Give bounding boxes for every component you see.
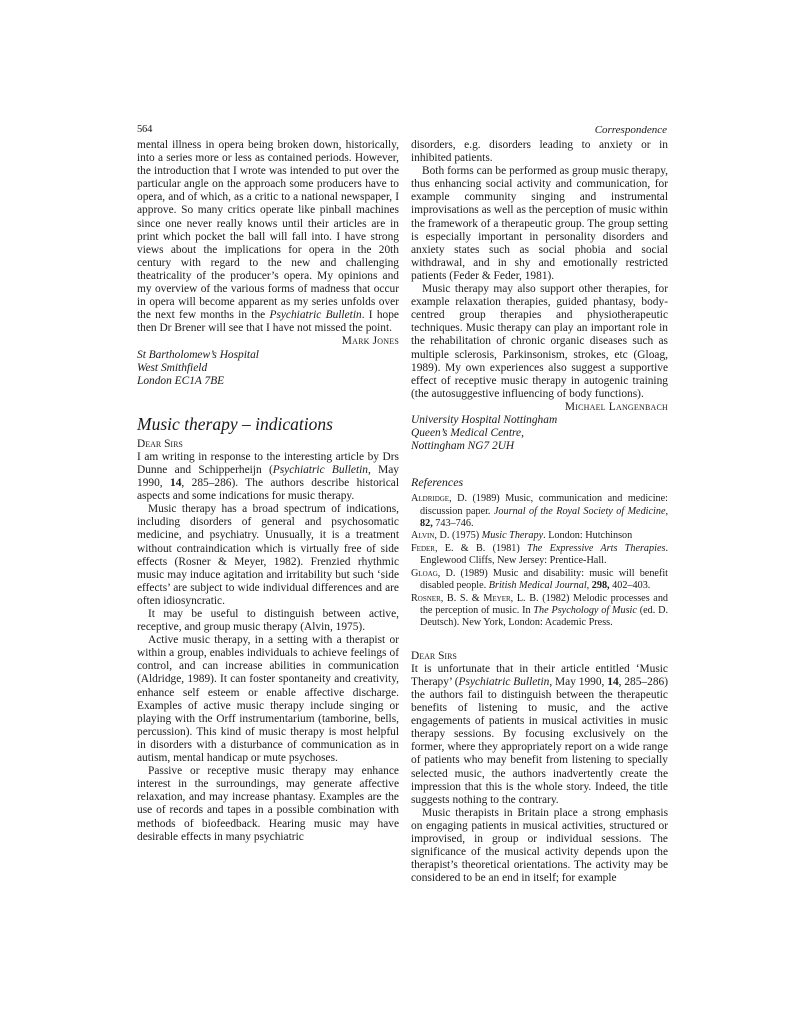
- body-paragraph: disorders, e.g. disorders leading to anx…: [411, 139, 668, 165]
- page-number: 564: [137, 124, 152, 135]
- salutation-2: Dear Sirs: [411, 650, 668, 663]
- signature-michael-langenbach: Michael Langenbach: [411, 401, 668, 414]
- body-paragraph: It may be useful to distinguish between …: [137, 608, 399, 634]
- body-paragraph: Active music therapy, in a setting with …: [137, 634, 399, 765]
- body-paragraph: Both forms can be performed as group mus…: [411, 165, 668, 283]
- reference-item: Aldridge, D. (1989) Music, communication…: [411, 493, 668, 530]
- author-address-1: St Bartholomew’s Hospital West Smithfiel…: [137, 349, 399, 388]
- body-paragraph: Passive or receptive music therapy may e…: [137, 765, 399, 844]
- references-list: Aldridge, D. (1989) Music, communication…: [411, 493, 668, 629]
- reference-item: Rosner, B. S. & Meyer, L. B. (1982) Melo…: [411, 593, 668, 630]
- reference-item: Gloag, D. (1989) Music and disability: m…: [411, 568, 668, 593]
- reference-item: Alvin, D. (1975) Music Therapy. London: …: [411, 530, 668, 542]
- running-head: Correspondence: [595, 124, 667, 136]
- salutation: Dear Sirs: [137, 438, 399, 451]
- right-column: disorders, e.g. disorders leading to anx…: [411, 139, 668, 885]
- reference-item: Feder, E. & B. (1981) The Expressive Art…: [411, 543, 668, 568]
- signature-mark-jones: Mark Jones: [137, 335, 399, 348]
- body-paragraph: It is unfortunate that in their article …: [411, 663, 668, 807]
- references-heading: References: [411, 475, 668, 489]
- left-column: mental illness in opera being broken dow…: [137, 139, 399, 844]
- body-paragraph: Music therapy may also support other the…: [411, 283, 668, 401]
- continuation-paragraph: mental illness in opera being broken dow…: [137, 139, 399, 335]
- body-paragraph: Music therapists in Britain place a stro…: [411, 807, 668, 886]
- article-title: Music therapy – indications: [137, 414, 399, 434]
- body-paragraph: Music therapy has a broad spectrum of in…: [137, 503, 399, 608]
- body-paragraph: I am writing in response to the interest…: [137, 451, 399, 503]
- author-address-2: University Hospital Nottingham Queen’s M…: [411, 414, 668, 453]
